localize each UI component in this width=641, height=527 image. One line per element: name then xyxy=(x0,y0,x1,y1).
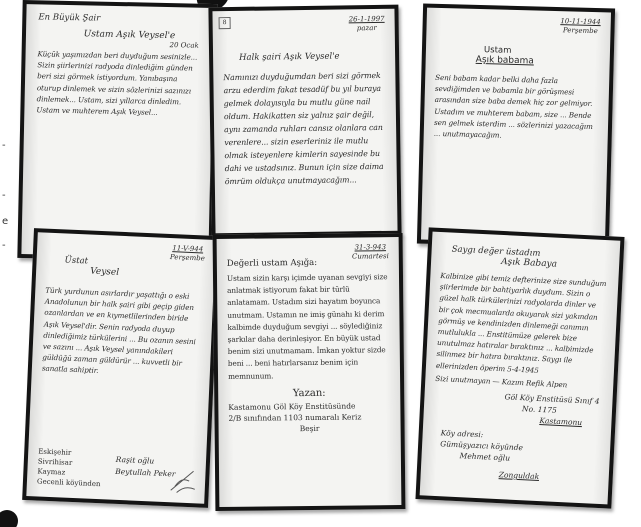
letter-page-4: 11-V-944 Perşembe Üstat Veysel Türk yurd… xyxy=(22,228,220,508)
corner-mark: 8 xyxy=(219,17,231,29)
letter-page-3: 10-11-1944 Perşembe Ustam Aşık babama Se… xyxy=(417,4,615,249)
margin-mark: e xyxy=(2,216,8,227)
signature-scribble-icon xyxy=(167,466,198,495)
letter-body: Kalbinize gibi temiz defterinize size su… xyxy=(436,270,609,379)
letter-title: Aşık babama xyxy=(476,55,600,68)
author-label: Yazan: xyxy=(228,387,390,400)
village-address: Köy adresi: Gümüşyazıcı köyünde Mehmet o… xyxy=(439,427,601,485)
margin-mark: - xyxy=(2,190,6,201)
margin-mark: - xyxy=(2,240,6,251)
letter-page-1: En Büyük Şair Ustam Aşık Veysel'e 20 Oca… xyxy=(17,0,217,262)
letter-body: Namınızı duyduğumdan beri sizi görmek ar… xyxy=(223,69,387,188)
margin-mark: - xyxy=(2,140,6,151)
letter-body: Seni babam kadar belki daha fazla sevdiğ… xyxy=(434,72,600,143)
letter-body: Küçük yaşımızdan beri duyduğum sesinizle… xyxy=(36,48,200,119)
letter-greeting: Halk şairi Aşık Veysel'e xyxy=(239,51,385,63)
letter-body: Türk yurdunun asırlardır yaşattığı o esk… xyxy=(42,285,204,381)
letter-greeting: En Büyük Şair xyxy=(38,12,201,25)
letter-date: 11-V-944 Perşembe xyxy=(170,244,206,264)
author-info: Kastamonu Göl Köy Enstitüsünde 2/B sınıf… xyxy=(228,400,390,435)
school-info: Göl Köy Enstitüsü Sınıf 4 No. 1175 Kasta… xyxy=(503,391,602,429)
sender-address: Eskişehir Sivrihisar Kaymaz Gecenli köyü… xyxy=(37,446,102,489)
letter-date: 31-3-943 Cumartesi xyxy=(352,243,389,261)
letter-title: Ustam Aşık Veysel'e xyxy=(58,29,201,42)
letter-date: 26-1-1997 pazar xyxy=(349,15,385,33)
letter-body: Ustam sizin karşı içimde uyanan sevgiyi … xyxy=(227,271,390,383)
letter-page-6: Saygı değer üstadım Aşık Babaya Kalbiniz… xyxy=(415,227,624,508)
letter-date: 10-11-1944 Perşembe xyxy=(560,17,601,36)
letter-page-2: 8 26-1-1997 pazar Halk şairi Aşık Veysel… xyxy=(208,5,401,238)
letter-page-5: 31-3-943 Cumartesi Değerli ustam Aşığa: … xyxy=(213,233,406,511)
letter-date: 20 Ocak xyxy=(169,41,198,51)
